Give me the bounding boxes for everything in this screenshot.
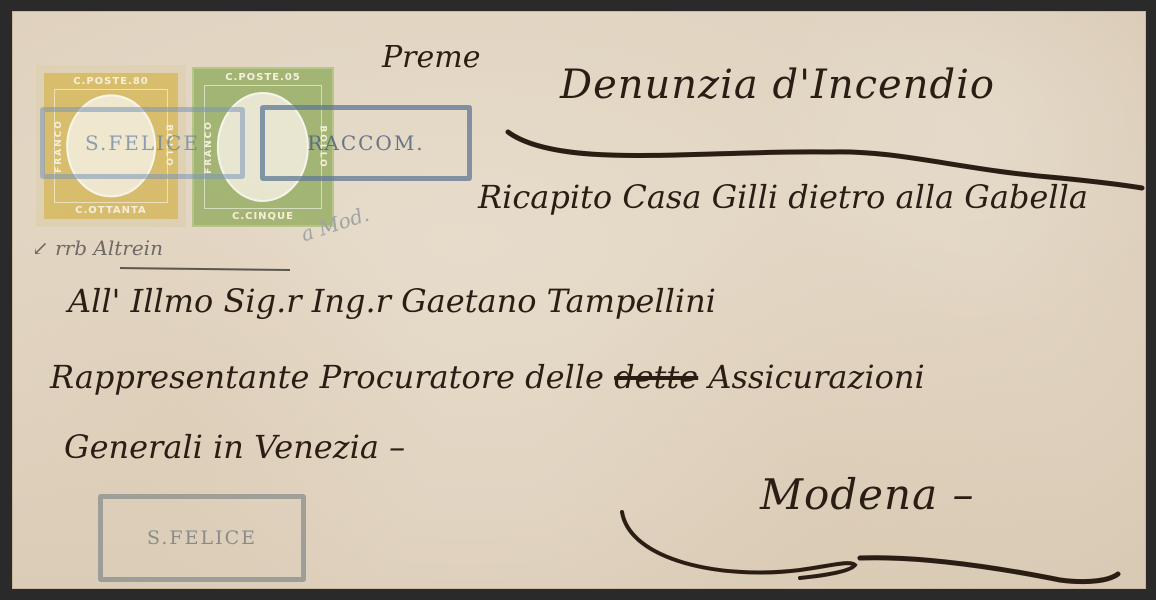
handwriting-role: Rappresentante Procuratore delle dette A…: [50, 358, 925, 396]
postmark-origin-bottom: S.FELICE: [98, 494, 306, 582]
handwriting-addressee: All' Illmo Sig.r Ing.r Gaetano Tampellin…: [68, 282, 716, 320]
handwriting-preme: Preme: [382, 40, 480, 75]
postmark-origin-top: S.FELICE: [40, 107, 245, 179]
handwriting-city: Modena –: [760, 470, 974, 519]
handwriting-delivery-note: Ricapito Casa Gilli dietro alla Gabella: [478, 178, 1088, 216]
pencil-note-left: ↙ rrb Altrein: [32, 236, 163, 260]
role-text-end: Assicurazioni: [708, 358, 924, 396]
postmark-registered: RACCOM.: [260, 105, 472, 181]
stamp-bottom-text: C.OTTANTA: [44, 205, 178, 216]
stamp-top-text: C.POSTE.80: [44, 76, 178, 87]
handwriting-company: Generali in Venezia –: [64, 428, 405, 466]
role-text: Rappresentante Procuratore delle: [50, 358, 604, 396]
handwriting-title: Denunzia d'Incendio: [560, 62, 995, 108]
struck-word: dette: [614, 358, 698, 396]
stamp-top-text: C.POSTE.05: [194, 72, 332, 83]
